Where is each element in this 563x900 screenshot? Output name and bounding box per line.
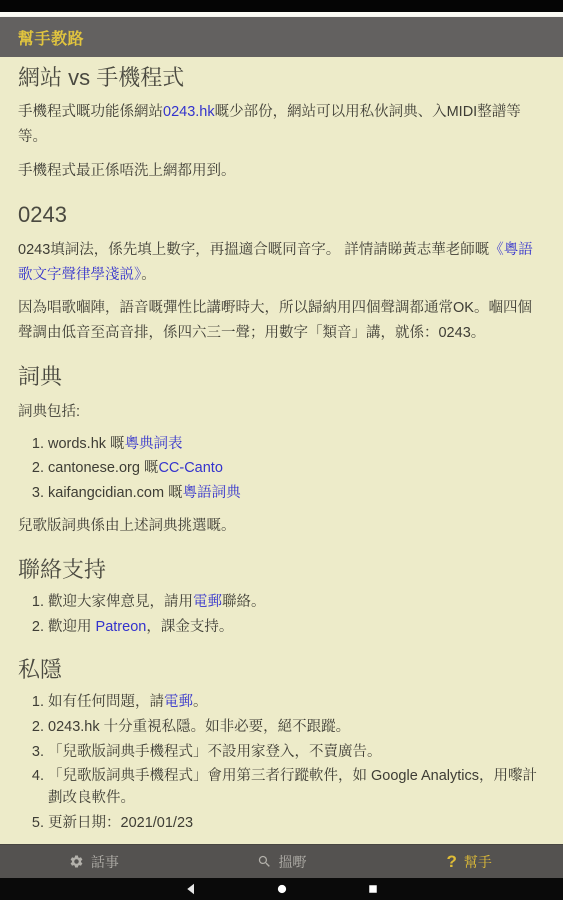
tab-settings[interactable]: 話事 [0,845,188,878]
contact-list: 歡迎大家俾意見，請用電郵聯絡。 歡迎用 Patreon，課金支持。 [18,592,545,639]
list-item: 歡迎用 Patreon，課金支持。 [48,617,545,639]
privacy-list: 如有任何問題，請電郵。 0243.hk 十分重視私隱。如非必要，絕不跟蹤。 「兒… [18,692,545,835]
text-run: kaifangcidian.com 嘅 [48,485,183,501]
text-run: 歡迎大家俾意見，請用 [48,594,193,610]
list-item: 0243.hk 十分重視私隱。如非必要，絕不跟蹤。 [48,717,545,739]
home-icon [276,883,288,895]
text-run: 聯絡。 [222,594,266,610]
help-content-scroll-area[interactable]: 網站 vs 手機程式 手機程式嘅功能係網站0243.hk嘅少部份，網站可以用私伙… [0,57,563,844]
link-email-privacy[interactable]: 電郵 [164,694,193,710]
paragraph-0243-1: 0243填詞法，係先填上數字，再搵適合嘅同音字。 詳情請睇黃志華老師嘅《粵語歌文… [18,238,545,288]
section-title-0243: 0243 [18,202,545,228]
text-run: 。 [193,694,208,710]
list-item: kaifangcidian.com 嘅粵語詞典 [48,483,545,505]
link-kaifangcidian[interactable]: 粵語詞典 [183,485,241,501]
search-icon [257,854,272,869]
app-header: 幫手教路 [0,17,563,57]
paragraph-website-vs-app-2: 手機程式最正係唔洗上網都用到。 [18,159,545,184]
tab-label: 幫手 [464,852,492,872]
app-screen: 幫手教路 網站 vs 手機程式 手機程式嘅功能係網站0243.hk嘅少部份，網站… [0,0,563,900]
paragraph-0243-2: 因為唱歌嗰陣，語音嘅彈性比講嘢時大，所以歸納用四個聲調都通常OK。嗰四個聲調由低… [18,296,545,346]
question-icon: ? [446,853,456,870]
tab-search[interactable]: 搵嘢 [188,845,376,878]
list-item: 「兒歌版詞典手機程式」不設用家登入，不賣廣告。 [48,742,545,764]
back-button[interactable] [185,883,197,895]
android-status-bar [0,0,563,12]
text-run: cantonese.org 嘅 [48,460,158,476]
link-email-contact[interactable]: 電郵 [193,594,222,610]
list-item: cantonese.org 嘅CC-Canto [48,458,545,480]
link-cc-canto[interactable]: CC-Canto [158,460,222,476]
text-run: 歡迎用 [48,619,96,635]
section-title-privacy: 私隱 [18,657,545,683]
home-button[interactable] [276,883,288,895]
link-0243hk[interactable]: 0243.hk [163,104,215,120]
list-item: 如有任何問題，請電郵。 [48,692,545,714]
page-title: 幫手教路 [18,26,84,49]
text-run: 手機程式嘅功能係網站 [18,104,163,120]
paragraph-dictionaries-outro: 兒歌版詞典係由上述詞典挑選嘅。 [18,514,545,539]
gear-icon [69,854,84,869]
bottom-tab-bar: 話事 搵嘢 ? 幫手 [0,844,563,878]
recents-icon [367,883,379,895]
list-item: words.hk 嘅粵典詞表 [48,434,545,456]
text-run: 0243填詞法，係先填上數字，再搵適合嘅同音字。 詳情請睇黃志華老師嘅 [18,242,489,258]
section-title-dictionaries: 詞典 [18,364,545,390]
tab-help[interactable]: ? 幫手 [375,845,563,878]
list-item: 歡迎大家俾意見，請用電郵聯絡。 [48,592,545,614]
text-run: ，課金支持。 [146,619,233,635]
link-words-hk-dict[interactable]: 粵典詞表 [125,436,183,452]
text-run: 如有任何問題，請 [48,694,164,710]
section-title-contact: 聯絡支持 [18,557,545,583]
text-run: 。 [141,267,156,283]
paragraph-website-vs-app-1: 手機程式嘅功能係網站0243.hk嘅少部份，網站可以用私伙詞典、入MIDI整譜等… [18,100,545,150]
tab-label: 搵嘢 [279,852,307,872]
android-nav-bar [0,878,563,900]
recents-button[interactable] [367,883,379,895]
section-title-website-vs-app: 網站 vs 手機程式 [18,65,545,91]
back-icon [185,883,197,895]
tab-label: 話事 [91,852,119,872]
paragraph-dictionaries-intro: 詞典包括: [18,400,545,425]
link-patreon[interactable]: Patreon [96,619,147,635]
text-run: words.hk 嘅 [48,436,125,452]
list-item: 「兒歌版詞典手機程式」會用第三者行蹤軟件，如 Google Analytics，… [48,766,545,810]
list-item: 更新日期：2021/01/23 [48,813,545,835]
dictionaries-list: words.hk 嘅粵典詞表 cantonese.org 嘅CC-Canto k… [18,434,545,505]
